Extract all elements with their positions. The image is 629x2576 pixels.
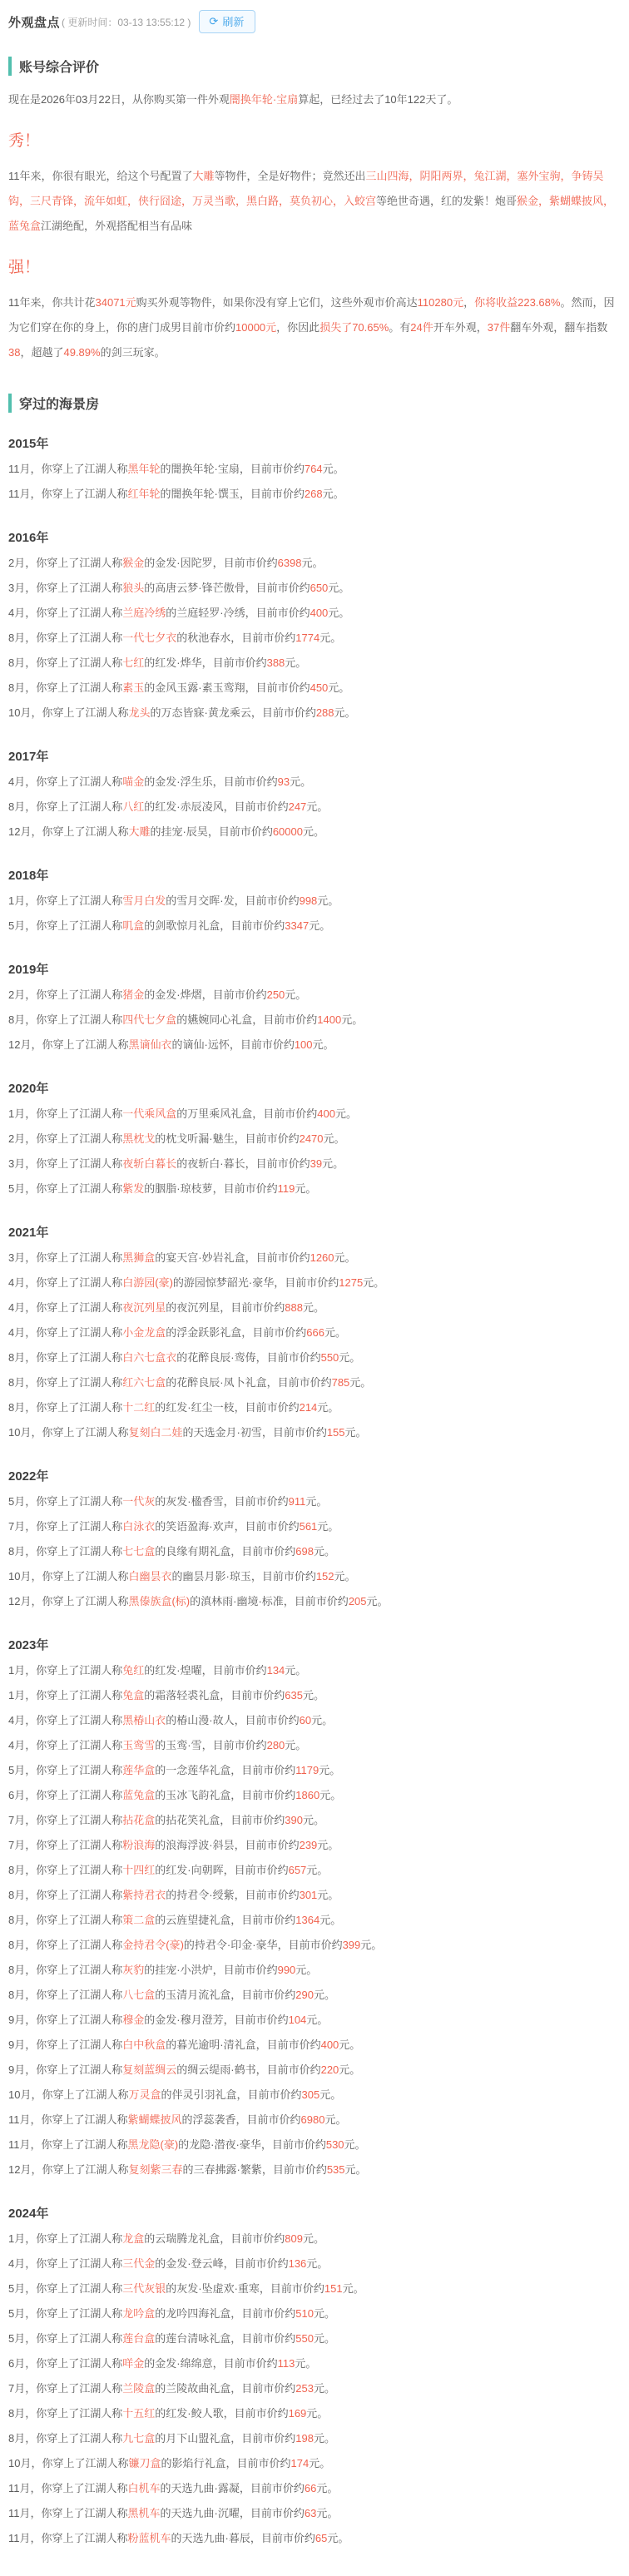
highlight-text: 蓝兔盒 — [122, 1789, 155, 1801]
plain-text: 元。 — [306, 2407, 328, 2420]
plain-text: 元。 — [360, 1939, 382, 1951]
highlight-text: 3347 — [285, 919, 309, 932]
highlight-text: 1364 — [295, 1914, 319, 1926]
plain-text: 元。 — [316, 2482, 338, 2494]
plain-text: 8月，你穿上了江湖人称 — [8, 1939, 122, 1951]
highlight-text: 152 — [316, 1570, 334, 1583]
plain-text: 元。 — [323, 463, 344, 475]
highlight-text: 49.89% — [63, 346, 100, 359]
appearance-entry: 11月，你穿上了江湖人称白机车的天选九曲·露凝，目前市价约66元。 — [8, 2476, 621, 2501]
plain-text: 的滇林雨·幽境·标准，目前市价约 — [190, 1595, 349, 1608]
plain-text: 的云旌望捷礼盒，目前市价约 — [155, 1914, 295, 1926]
highlight-text: 损失了70.65% — [319, 321, 389, 334]
plain-text: 元。 — [323, 488, 344, 500]
highlight-text: 247 — [289, 800, 307, 813]
plain-text: 8月，你穿上了江湖人称 — [8, 1351, 122, 1364]
appearance-entry: 8月，你穿上了江湖人称一代七夕衣的秋池春水，目前市价约1774元。 — [8, 626, 621, 651]
appearance-entry: 1月，你穿上了江湖人称雪月白发的雪月交晖·发，目前市价约998元。 — [8, 889, 621, 914]
highlight-text: 1774 — [295, 632, 319, 644]
plain-text: 元。 — [334, 1251, 356, 1264]
highlight-text: 510 — [295, 2307, 314, 2320]
plain-text: 元。 — [313, 1038, 334, 1051]
appearance-entry: 11月，你穿上了江湖人称粉蓝机车的天选九曲·暮辰，目前市价约65元。 — [8, 2526, 621, 2551]
plain-text: 元。 — [319, 1914, 341, 1926]
appearance-entry: 5月，你穿上了江湖人称三代灰银的灰发·坠虚欢·重寒，目前市价约151元。 — [8, 2276, 621, 2301]
appearance-entry: 8月，你穿上了江湖人称十五红的红发·鲛人歌，目前市价约169元。 — [8, 2401, 621, 2426]
plain-text: 的持君令·绶紫，目前市价约 — [166, 1889, 299, 1901]
plain-text: 12月，你穿上了江湖人称 — [8, 825, 128, 838]
xiu-paragraph: 11年来，你很有眼光，给这个号配置了大雕等物件，全是好物件；竟然还出三山四海，阴… — [8, 164, 621, 239]
plain-text: 的一念莲华礼盒，目前市价约 — [155, 1764, 295, 1776]
appearance-entry: 10月，你穿上了江湖人称白幽昙衣的幽昙月影·琼玉，目前市价约152元。 — [8, 1564, 621, 1589]
plain-text: 元。 — [303, 2232, 324, 2245]
plain-text: 5月，你穿上了江湖人称 — [8, 2307, 122, 2320]
highlight-text: 莲台盒 — [122, 2332, 155, 2345]
highlight-text: 玉鸾雪 — [122, 1739, 155, 1751]
plain-text: 8月，你穿上了江湖人称 — [8, 1914, 122, 1926]
appearance-entry: 11月，你穿上了江湖人称红年轮的闇换年轮·馔玉，目前市价约268元。 — [8, 482, 621, 507]
highlight-text: 猪金 — [122, 988, 144, 1001]
year-heading: 2019年 — [8, 960, 621, 978]
plain-text: 元。 — [306, 800, 328, 813]
plain-text: 的金发·烨熠，目前市价约 — [144, 988, 266, 1001]
plain-text: 11月，你穿上了江湖人称 — [8, 2507, 128, 2519]
highlight-text: 1275 — [339, 1276, 363, 1289]
highlight-text: 黑椿山衣 — [122, 1714, 166, 1726]
plain-text: 的玉清月流礼盒，目前市价约 — [155, 1989, 295, 2001]
plain-text: 元。 — [285, 1664, 306, 1677]
plain-text: 的天选金月·初雪，目前市价约 — [182, 1426, 326, 1439]
plain-text: 的玉冰飞韵礼盒，目前市价约 — [155, 1789, 295, 1801]
grade-heading-qiang: 强！ — [8, 257, 621, 279]
plain-text: 元。 — [345, 1426, 367, 1439]
year-heading: 2021年 — [8, 1223, 621, 1241]
highlight-text: 夜斩白暮长 — [122, 1157, 176, 1170]
highlight-text: 一代灰 — [122, 1495, 155, 1508]
plain-text: 元。 — [339, 2039, 360, 2051]
plain-text: 4月，你穿上了江湖人称 — [8, 775, 122, 788]
plain-text: 元。 — [295, 1182, 316, 1195]
year-heading: 2016年 — [8, 528, 621, 546]
highlight-text: 三代灰银 — [122, 2282, 166, 2295]
plain-text: ，你因此 — [276, 321, 319, 334]
plain-text: 4月，你穿上了江湖人称 — [8, 1276, 122, 1289]
highlight-text: 1179 — [295, 1764, 319, 1776]
section-title-evaluation: 账号综合评价 — [8, 57, 621, 76]
highlight-text: 黑谪仙衣 — [128, 1038, 171, 1051]
plain-text: 8月，你穿上了江湖人称 — [8, 2432, 122, 2445]
plain-text: 1月，你穿上了江湖人称 — [8, 894, 122, 907]
plain-text: 的兰庭轻罗·冷绣，目前市价约 — [166, 607, 310, 619]
highlight-text: 220 — [321, 2063, 339, 2076]
highlight-text: 134 — [267, 1664, 285, 1677]
appearance-entry: 5月，你穿上了江湖人称龙吟盒的龙吟四海礼盒，目前市价约510元。 — [8, 2301, 621, 2326]
plain-text: 元。 — [334, 706, 356, 719]
appearance-entry: 1月，你穿上了江湖人称龙盒的云瑞腾龙礼盒，目前市价约809元。 — [8, 2227, 621, 2252]
appearance-entry: 7月，你穿上了江湖人称白泳衣的笑语盈海·欢声，目前市价约561元。 — [8, 1514, 621, 1539]
appearance-entry: 12月，你穿上了江湖人称黑谪仙衣的谪仙·远怀，目前市价约100元。 — [8, 1033, 621, 1058]
plain-text: 的金发·绵绵意，目前市价约 — [144, 2357, 277, 2370]
plain-text: 元。 — [317, 1889, 339, 1901]
appearance-entry: 4月，你穿上了江湖人称黑椿山衣的椿山漫·故人，目前市价约60元。 — [8, 1708, 621, 1733]
highlight-text: 301 — [300, 1889, 318, 1901]
plain-text: 元。 — [306, 2257, 328, 2270]
plain-text: 的剑歌惊月礼盒，目前市价约 — [144, 919, 285, 932]
appearance-entry: 4月，你穿上了江湖人称三代金的金发·登云峰，目前市价约136元。 — [8, 2252, 621, 2276]
appearance-entry: 4月，你穿上了江湖人称夜沉列星的夜沉列星，目前市价约888元。 — [8, 1295, 621, 1320]
plain-text: 9月，你穿上了江湖人称 — [8, 2039, 122, 2051]
highlight-text: 粉蓝机车 — [128, 2532, 171, 2544]
plain-text: 的绸云缇雨·鹤书，目前市价约 — [176, 2063, 320, 2076]
highlight-text: 紫持君衣 — [122, 1889, 166, 1901]
appearance-entry: 10月，你穿上了江湖人称复刻白二娃的天选金月·初雪，目前市价约155元。 — [8, 1420, 621, 1445]
highlight-text: 66 — [305, 2482, 316, 2494]
highlight-text: 红年轮 — [128, 488, 161, 500]
highlight-text: 136 — [289, 2257, 307, 2270]
plain-text: 7月，你穿上了江湖人称 — [8, 1814, 122, 1826]
highlight-text: 素玉 — [122, 681, 144, 694]
highlight-text: 205 — [349, 1595, 367, 1608]
plain-text: 元。 — [311, 1714, 333, 1726]
highlight-text: 兔红 — [122, 1664, 144, 1677]
highlight-text: 万灵盒 — [128, 2088, 161, 2101]
plain-text: 的椿山漫·故人，目前市价约 — [166, 1714, 299, 1726]
appearance-entry: 5月，你穿上了江湖人称叽盒的剑歌惊月礼盒，目前市价约3347元。 — [8, 914, 621, 939]
highlight-text: 白泳衣 — [122, 1520, 155, 1533]
highlight-text: 龙头 — [128, 706, 150, 719]
plain-text: 11年来，你共计花 — [8, 296, 96, 309]
plain-text: 2月，你穿上了江湖人称 — [8, 557, 122, 569]
highlight-text: 38 — [8, 346, 20, 359]
highlight-text: 一代乘风盒 — [122, 1107, 176, 1120]
highlight-text: 388 — [267, 656, 285, 669]
highlight-text: 60 — [300, 1714, 311, 1726]
plain-text: 的浮蕊袭香，目前市价约 — [182, 2113, 301, 2126]
plain-text: 2月，你穿上了江湖人称 — [8, 1132, 122, 1145]
appearance-entry: 10月，你穿上了江湖人称龙头的万态皆寐·黄龙乘云，目前市价约288元。 — [8, 701, 621, 726]
appearance-entry: 8月，你穿上了江湖人称红六七盒的花醉良辰·凤卜礼盒，目前市价约785元。 — [8, 1370, 621, 1395]
appearance-entry: 11月，你穿上了江湖人称黑机车的天选九曲·沉曜，目前市价约63元。 — [8, 2501, 621, 2526]
plain-text: 5月，你穿上了江湖人称 — [8, 2282, 122, 2295]
highlight-text: 闇换年轮·宝扇 — [230, 93, 298, 106]
qiang-paragraph: 11年来，你共计花34071元购买外观等物件，如果你没有穿上它们，这些外观市价高… — [8, 290, 621, 365]
plain-text: 5月，你穿上了江湖人称 — [8, 1182, 122, 1195]
plain-text: 元。 — [314, 2307, 335, 2320]
plain-text: 的浮金跃影礼盒，目前市价约 — [166, 1326, 306, 1339]
appearance-entry: 8月，你穿上了江湖人称十二红的红发·红尘一枝，目前市价约214元。 — [8, 1395, 621, 1420]
highlight-text: 214 — [300, 1401, 318, 1414]
highlight-text: 八红 — [122, 800, 144, 813]
plain-text: 的闇换年轮·宝扇，目前市价约 — [161, 463, 305, 475]
plain-text: 现在是2026年03月22日，从你购买第一件外观 — [8, 93, 230, 106]
plain-text: 3月，你穿上了江湖人称 — [8, 582, 122, 594]
plain-text: 元。 — [302, 557, 324, 569]
plain-text: 元。 — [285, 656, 306, 669]
plain-text: 的游园惊梦韶光·豪华，目前市价约 — [173, 1276, 339, 1289]
highlight-text: 39 — [310, 1157, 322, 1170]
plain-text: 4月，你穿上了江湖人称 — [8, 1714, 122, 1726]
plain-text: 元。 — [322, 1157, 344, 1170]
plain-text: 9月，你穿上了江湖人称 — [8, 2014, 122, 2026]
appearance-entry: 6月，你穿上了江湖人称咩金的金发·绵绵意，目前市价约113元。 — [8, 2351, 621, 2376]
highlight-text: 白机车 — [128, 2482, 161, 2494]
appearance-entry: 2月，你穿上了江湖人称猴金的金发·因陀罗，目前市价约6398元。 — [8, 551, 621, 576]
highlight-text: 咩金 — [122, 2357, 144, 2370]
appearance-entry: 1月，你穿上了江湖人称兔盒的霜落轻裘礼盒，目前市价约635元。 — [8, 1683, 621, 1708]
highlight-text: 大雕 — [193, 170, 215, 182]
highlight-text: 莲华盒 — [122, 1764, 155, 1776]
highlight-text: 拈花盒 — [122, 1814, 155, 1826]
plain-text: 8月，你穿上了江湖人称 — [8, 1864, 122, 1876]
plain-text: 元。 — [317, 1401, 339, 1414]
highlight-text: 雪月白发 — [122, 894, 166, 907]
plain-text: 元。 — [303, 825, 324, 838]
highlight-text: 粉浪海 — [122, 1839, 155, 1851]
appearance-entry: 7月，你穿上了江湖人称兰陵盒的兰陵故曲礼盒，目前市价约253元。 — [8, 2376, 621, 2401]
plain-text: 6月，你穿上了江湖人称 — [8, 2357, 122, 2370]
plain-text: 的霜落轻裘礼盒，目前市价约 — [144, 1689, 285, 1702]
highlight-text: 黑傣族盒(标) — [128, 1595, 190, 1608]
highlight-text: 镰刀盒 — [128, 2457, 161, 2469]
plain-text: 元。 — [285, 1739, 306, 1751]
plain-text: ， — [463, 296, 474, 309]
appearance-entry: 8月，你穿上了江湖人称紫持君衣的持君令·绶紫，目前市价约301元。 — [8, 1883, 621, 1908]
highlight-text: 6398 — [278, 557, 302, 569]
update-time: ( 更新时间：03-13 13:55:12 ) — [62, 15, 191, 29]
plain-text: 元。 — [349, 1376, 371, 1389]
plain-text: 的挂宠·小洪炉，目前市价约 — [144, 1964, 277, 1976]
plain-text: 的闇换年轮·馔玉，目前市价约 — [161, 488, 305, 500]
appearance-entry: 9月，你穿上了江湖人称白中秋盒的暮光逾明·清礼盒，目前市价约400元。 — [8, 2033, 621, 2058]
highlight-text: 猴金 — [122, 557, 144, 569]
plain-text: 元。 — [303, 1301, 324, 1314]
plain-text: 元。 — [324, 2113, 346, 2126]
plain-text: 的金风玉露·素玉鸾翔，目前市价约 — [144, 681, 310, 694]
plain-text: 元。 — [328, 582, 349, 594]
highlight-text: 龙盒 — [122, 2232, 144, 2245]
highlight-text: 764 — [305, 463, 323, 475]
highlight-text: 239 — [300, 1839, 318, 1851]
plain-text: 的灰发·楹香雪，目前市价约 — [155, 1495, 288, 1508]
plain-text: 11月，你穿上了江湖人称 — [8, 2532, 128, 2544]
plain-text: 10月，你穿上了江湖人称 — [8, 706, 128, 719]
appearance-entry: 3月，你穿上了江湖人称狼头的高唐云梦·锋芒傲骨，目前市价约650元。 — [8, 576, 621, 601]
appearance-entry: 11月，你穿上了江湖人称紫蝴蝶披风的浮蕊袭香，目前市价约6980元。 — [8, 2108, 621, 2133]
appearance-entry: 9月，你穿上了江湖人称穆金的金发·穆月澄芳，目前市价约104元。 — [8, 2008, 621, 2033]
highlight-text: 九七盒 — [122, 2432, 155, 2445]
plain-text: 元。 — [309, 919, 330, 932]
appearance-entry: 6月，你穿上了江湖人称蓝兔盒的玉冰飞韵礼盒，目前市价约1860元。 — [8, 1783, 621, 1808]
plain-text: 10月，你穿上了江湖人称 — [8, 1570, 128, 1583]
highlight-text: 灰豹 — [122, 1964, 144, 1976]
appearance-entry: 5月，你穿上了江湖人称紫发的胭脂·琼枝萝，目前市价约119元。 — [8, 1177, 621, 1201]
plain-text: 的剑三玩家。 — [101, 346, 166, 359]
appearance-entry: 8月，你穿上了江湖人称八七盒的玉清月流礼盒，目前市价约290元。 — [8, 1983, 621, 2008]
appearance-report-page: 外观盘点 ( 更新时间：03-13 13:55:12 ) ⟳ 刷新 账号综合评价… — [0, 0, 629, 2576]
plain-text: 元。 — [317, 894, 339, 907]
plain-text: 元。 — [290, 775, 311, 788]
highlight-text: 998 — [300, 894, 318, 907]
plain-text: 的天选九曲·露凝，目前市价约 — [161, 2482, 305, 2494]
plain-text: 1月，你穿上了江湖人称 — [8, 1689, 122, 1702]
plain-text: 的高唐云梦·锋芒傲骨，目前市价约 — [144, 582, 310, 594]
highlight-text: 复刻蓝绸云 — [122, 2063, 176, 2076]
plain-text: 7月，你穿上了江湖人称 — [8, 2382, 122, 2395]
plain-text: 4月，你穿上了江湖人称 — [8, 1301, 122, 1314]
plain-text: 4月，你穿上了江湖人称 — [8, 1739, 122, 1751]
plain-text: 元。 — [367, 1595, 389, 1608]
year-heading: 2022年 — [8, 1467, 621, 1484]
plain-text: 元。 — [306, 1864, 328, 1876]
highlight-text: 809 — [285, 2232, 303, 2245]
highlight-text: 635 — [285, 1689, 303, 1702]
highlight-text: 110280元 — [418, 296, 463, 309]
highlight-text: 151 — [324, 2282, 343, 2295]
appearance-entry: 5月，你穿上了江湖人称莲华盒的一念莲华礼盒，目前市价约1179元。 — [8, 1758, 621, 1783]
highlight-text: 黑机车 — [128, 2507, 161, 2519]
plain-text: 元。 — [363, 1276, 384, 1289]
plain-text: 。有 — [389, 321, 410, 334]
plain-text: 的莲台清咏礼盒，目前市价约 — [155, 2332, 295, 2345]
appearance-entry: 8月，你穿上了江湖人称七红的红发·烨华，目前市价约388元。 — [8, 651, 621, 676]
plain-text: 元。 — [303, 1814, 324, 1826]
plain-text: 5月，你穿上了江湖人称 — [8, 1764, 122, 1776]
plain-text: 12月，你穿上了江湖人称 — [8, 1038, 128, 1051]
appearance-entry: 12月，你穿上了江湖人称大雕的挂宠·辰昊，目前市价约60000元。 — [8, 820, 621, 845]
highlight-text: 1260 — [310, 1251, 334, 1264]
history-list: 2015年11月，你穿上了江湖人称黑年轮的闇换年轮·宝扇，目前市价约764元。1… — [8, 434, 621, 2551]
plain-text: 4月，你穿上了江湖人称 — [8, 2257, 122, 2270]
plain-text: 的夜斩白·暮长，目前市价约 — [176, 1157, 310, 1170]
highlight-text: 策二盒 — [122, 1914, 155, 1926]
plain-text: 的花醉良辰·凤卜礼盒，目前市价约 — [166, 1376, 331, 1389]
plain-text: 元。 — [317, 1839, 339, 1851]
plain-text: 元。 — [295, 1964, 317, 1976]
plain-text: 算起，已经过去了10年122天了。 — [298, 93, 458, 106]
plain-text: 开车外观， — [433, 321, 488, 334]
plain-text: 的秋池春水，目前市价约 — [176, 632, 295, 644]
appearance-entry: 4月，你穿上了江湖人称兰庭冷绣的兰庭轻罗·冷绣，目前市价约400元。 — [8, 601, 621, 626]
plain-text: 6月，你穿上了江湖人称 — [8, 1789, 122, 1801]
plain-text: 11月，你穿上了江湖人称 — [8, 2138, 128, 2151]
plain-text: 等物件，全是好物件；竟然还出 — [215, 170, 366, 182]
highlight-text: 666 — [306, 1326, 324, 1339]
plain-text: 元。 — [305, 1495, 327, 1508]
highlight-text: 喵金 — [122, 775, 144, 788]
plain-text: 10月，你穿上了江湖人称 — [8, 2088, 128, 2101]
highlight-text: 34071元 — [96, 296, 136, 309]
appearance-entry: 2月，你穿上了江湖人称猪金的金发·烨熠，目前市价约250元。 — [8, 983, 621, 1008]
plain-text: 3月，你穿上了江湖人称 — [8, 1251, 122, 1264]
plain-text: 8月，你穿上了江湖人称 — [8, 2407, 122, 2420]
year-heading: 2017年 — [8, 747, 621, 765]
plain-text: 购买外观等物件，如果你没有穿上它们，这些外观市价高达 — [136, 296, 418, 309]
plain-text: 元。 — [335, 1107, 357, 1120]
plain-text: 元。 — [295, 2357, 316, 2370]
plain-text: 江湖绝配，外观搭配相当有品味 — [41, 220, 192, 232]
refresh-icon: ⟳ — [209, 16, 218, 27]
plain-text: 11年来，你很有眼光，给这个号配置了 — [8, 170, 193, 182]
plain-text: 的天选九曲·暮辰，目前市价约 — [171, 2532, 315, 2544]
plain-text: 元。 — [319, 632, 341, 644]
highlight-text: 253 — [295, 2382, 314, 2395]
highlight-text: 450 — [310, 681, 329, 694]
appearance-entry: 8月，你穿上了江湖人称八红的红发·赤辰凌风，目前市价约247元。 — [8, 795, 621, 820]
plain-text: 1月，你穿上了江湖人称 — [8, 2232, 122, 2245]
highlight-text: 530 — [326, 2138, 344, 2151]
highlight-text: 龙吟盒 — [122, 2307, 155, 2320]
refresh-button[interactable]: ⟳ 刷新 — [199, 10, 255, 33]
plain-text: 的红发·煌曜，目前市价约 — [144, 1664, 266, 1677]
appearance-entry: 11月，你穿上了江湖人称黑龙隐(豪)的龙隐·潜夜·豪华，目前市价约530元。 — [8, 2133, 621, 2157]
highlight-text: 狼头 — [122, 582, 144, 594]
highlight-text: 四代七夕盒 — [122, 1013, 176, 1026]
plain-text: 10月，你穿上了江湖人称 — [8, 1426, 128, 1439]
plain-text: 5月，你穿上了江湖人称 — [8, 919, 122, 932]
highlight-text: 红六七盒 — [122, 1376, 166, 1389]
highlight-text: 黑枕戈 — [122, 1132, 155, 1145]
highlight-text: 一代七夕衣 — [122, 632, 176, 644]
appearance-entry: 5月，你穿上了江湖人称一代灰的灰发·楹香雪，目前市价约911元。 — [8, 1489, 621, 1514]
highlight-text: 305 — [302, 2088, 320, 2101]
highlight-text: 白中秋盒 — [122, 2039, 166, 2051]
plain-text: 的幽昙月影·琼玉，目前市价约 — [171, 1570, 315, 1583]
highlight-text: 八七盒 — [122, 1989, 155, 2001]
highlight-text: 550 — [295, 2332, 314, 2345]
highlight-text: 100 — [295, 1038, 313, 1051]
plain-text: 11月，你穿上了江湖人称 — [8, 2482, 128, 2494]
highlight-text: 785 — [332, 1376, 350, 1389]
plain-text: 8月，你穿上了江湖人称 — [8, 1964, 122, 1976]
highlight-text: 黑年轮 — [128, 463, 161, 475]
plain-text: 8月，你穿上了江湖人称 — [8, 1401, 122, 1414]
appearance-entry: 12月，你穿上了江湖人称复刻紫三春的三春拂露·繁紫，目前市价约535元。 — [8, 2157, 621, 2182]
plain-text: ，超越了 — [20, 346, 63, 359]
highlight-text: 10000元 — [235, 321, 276, 334]
plain-text: 8月，你穿上了江湖人称 — [8, 1889, 122, 1901]
highlight-text: 113 — [278, 2357, 295, 2370]
year-heading: 2023年 — [8, 1636, 621, 1653]
highlight-text: 1860 — [295, 1789, 319, 1801]
highlight-text: 400 — [310, 607, 329, 619]
page-title: 外观盘点 — [8, 13, 60, 31]
highlight-text: 三代金 — [122, 2257, 155, 2270]
highlight-text: 535 — [327, 2163, 345, 2176]
plain-text: 的浪海浮波·斜昙，目前市价约 — [155, 1839, 299, 1851]
plain-text: 元。 — [314, 2432, 335, 2445]
appearance-entry: 8月，你穿上了江湖人称十四红的红发·向朝晖，目前市价约657元。 — [8, 1858, 621, 1883]
plain-text: 元。 — [303, 1689, 324, 1702]
plain-text: 的宴天宫·妙岩礼盒，目前市价约 — [155, 1251, 310, 1264]
highlight-text: 198 — [295, 2432, 314, 2445]
plain-text: 元。 — [314, 1989, 335, 2001]
plain-text: 8月，你穿上了江湖人称 — [8, 1376, 122, 1389]
appearance-entry: 10月，你穿上了江湖人称镰刀盒的影焰行礼盒，目前市价约174元。 — [8, 2451, 621, 2476]
plain-text: 元。 — [328, 607, 349, 619]
highlight-text: 小金龙盒 — [122, 1326, 166, 1339]
plain-text: 8月，你穿上了江湖人称 — [8, 1989, 122, 2001]
plain-text: 元。 — [327, 2532, 349, 2544]
highlight-text: 37件 — [488, 321, 510, 334]
plain-text: 的三春拂露·繁紫，目前市价约 — [182, 2163, 326, 2176]
plain-text: 1月，你穿上了江湖人称 — [8, 1664, 122, 1677]
highlight-text: 280 — [267, 1739, 285, 1751]
plain-text: 元。 — [344, 2138, 366, 2151]
plain-text: 3月，你穿上了江湖人称 — [8, 1157, 122, 1170]
highlight-text: 黑龙隐(豪) — [128, 2138, 179, 2151]
highlight-text: 174 — [291, 2457, 310, 2469]
plain-text: 7月，你穿上了江湖人称 — [8, 1520, 122, 1533]
